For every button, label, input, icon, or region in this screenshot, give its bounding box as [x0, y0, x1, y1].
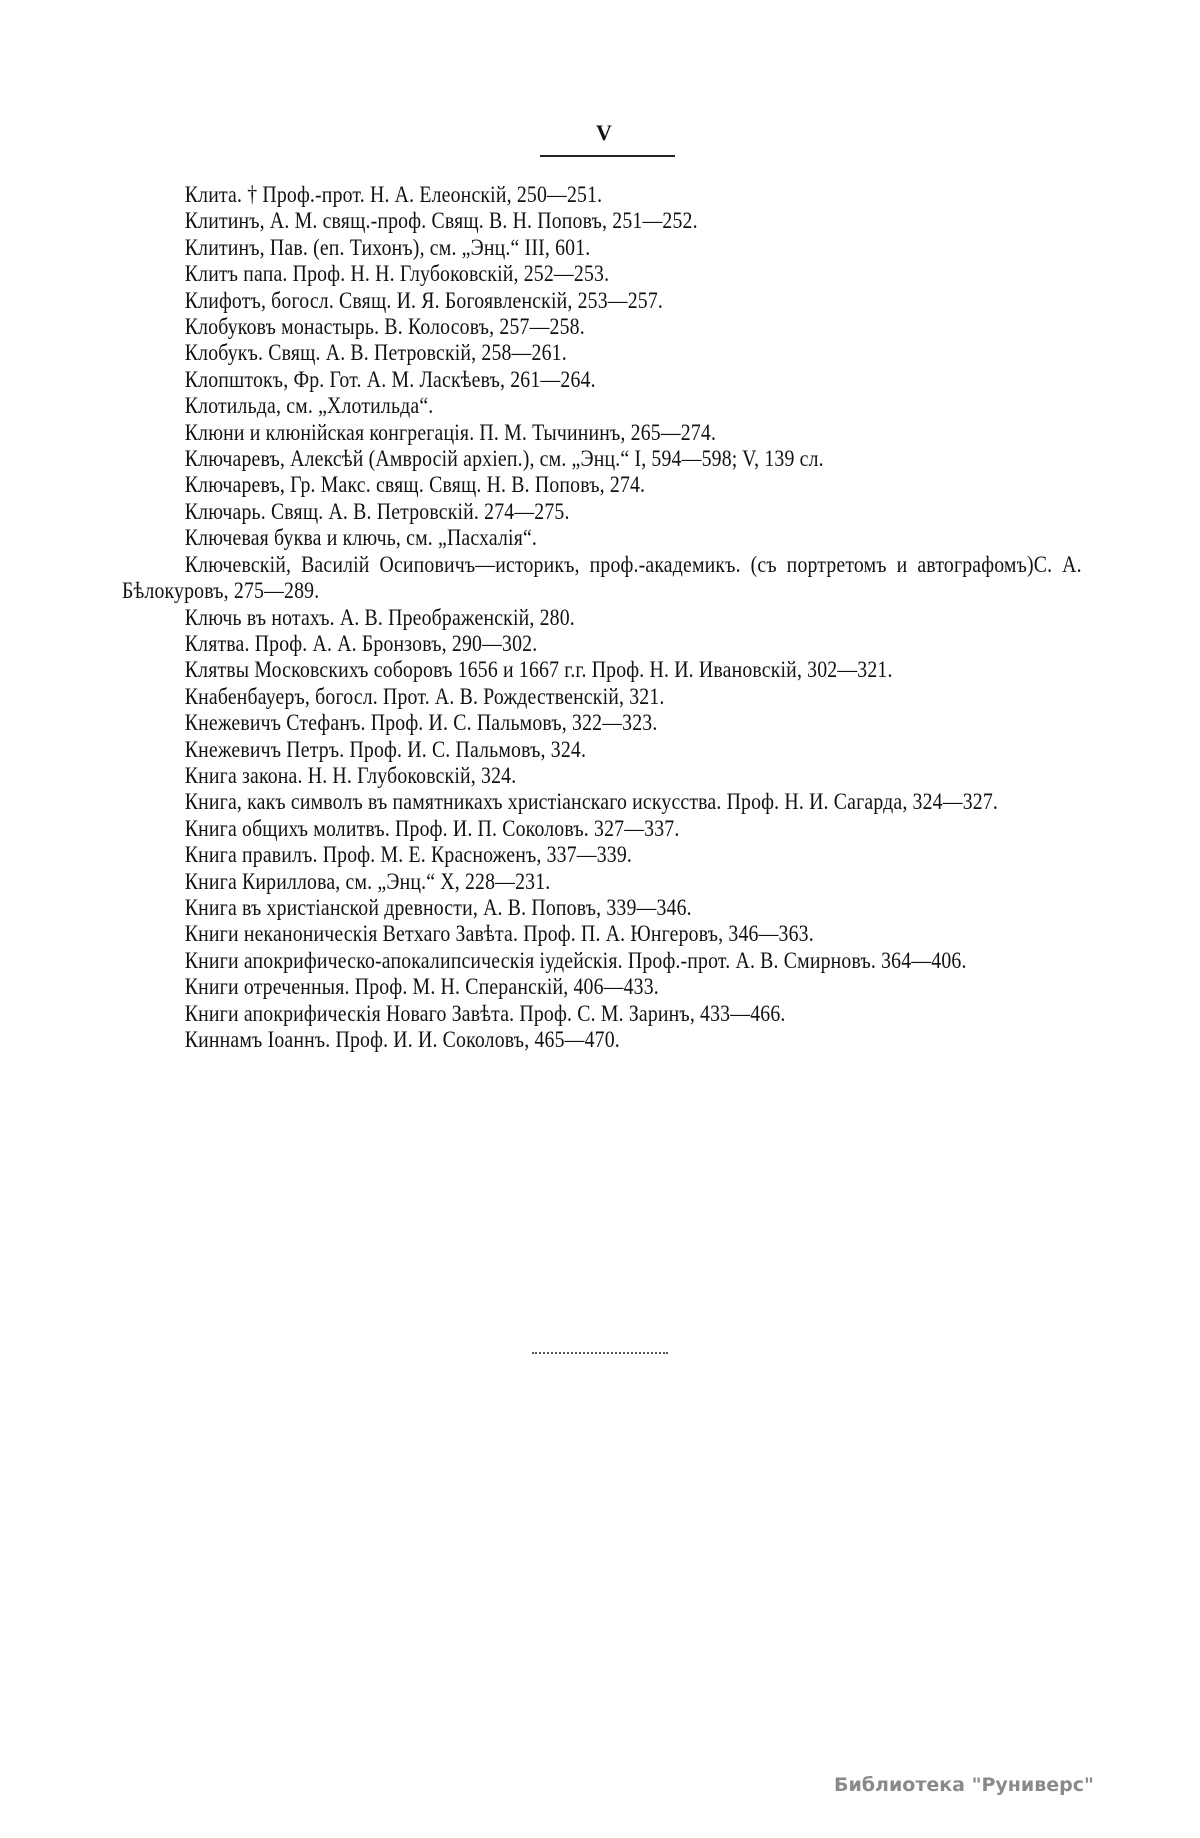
index-entry: Книга въ христіанской древности, А. В. П…	[122, 895, 1082, 921]
index-entry: Ключарь. Свящ. А. В. Петровскій. 274—275…	[122, 499, 1082, 525]
index-entry: Ключевая буква и ключь, см. „Пасхалія“.	[122, 525, 1082, 551]
index-entry: Ключаревъ, Гр. Макс. свящ. Свящ. Н. В. П…	[122, 472, 1082, 498]
index-entry: Клитинъ, А. М. свящ.-проф. Свящ. В. Н. П…	[122, 208, 1082, 234]
index-entry: Клобуковъ монастырь. В. Колосовъ, 257—25…	[122, 314, 1082, 340]
index-entry: Книга правилъ. Проф. М. Е. Красноженъ, 3…	[122, 842, 1082, 868]
index-entry: Клитинъ, Пав. (еп. Тихонъ), см. „Энц.“ I…	[122, 235, 1082, 261]
index-entry: Кнабенбауеръ, богосл. Прот. А. В. Рождес…	[122, 684, 1082, 710]
index-entry: Ключь въ нотахъ. А. В. Преображенскій, 2…	[122, 605, 1082, 631]
page-number: V	[596, 120, 612, 146]
index-entry: Клятвы Московскихъ соборовъ 1656 и 1667 …	[122, 657, 1082, 683]
index-entry: Книга Кириллова, см. „Энц.“ X, 228—231.	[122, 869, 1082, 895]
index-entry: Клятва. Проф. А. А. Бронзовъ, 290—302.	[122, 631, 1082, 657]
footer-dotted-rule	[532, 1352, 668, 1357]
index-entry: Книги апокрифическія Новаго Завѣта. Проф…	[122, 1001, 1082, 1027]
index-entry: Книга, какъ символъ въ памятникахъ христ…	[122, 789, 1082, 815]
index-entry: Ключаревъ, Алексѣй (Амвросій архіеп.), с…	[122, 446, 1082, 472]
index-entry: Кнежевичъ Стефанъ. Проф. И. С. Пальмовъ,…	[122, 710, 1082, 736]
header-rule	[540, 155, 675, 157]
index-entry: Книги апокрифическо-апокалипсическія іуд…	[122, 948, 1082, 974]
index-entry: Ключевскій, Василій Осиповичъ—историкъ, …	[122, 552, 1082, 605]
index-entry: Клюни и клюнійская конгрегація. П. М. Ты…	[122, 420, 1082, 446]
index-entry: Клобукъ. Свящ. А. В. Петровскій, 258—261…	[122, 340, 1082, 366]
index-entry: Кнежевичъ Петръ. Проф. И. С. Пальмовъ, 3…	[122, 737, 1082, 763]
index-entry: Клотильда, см. „Хлотильда“.	[122, 393, 1082, 419]
index-entry: Книги отреченныя. Проф. М. Н. Сперанскій…	[122, 974, 1082, 1000]
library-watermark: Библиотека "Руниверс"	[834, 1774, 1094, 1796]
index-entry: Клита. † Проф.-прот. Н. А. Елеонскій, 25…	[122, 182, 1082, 208]
index-entries: Клита. † Проф.-прот. Н. А. Елеонскій, 25…	[122, 182, 1082, 1053]
index-entry: Книги неканоническія Ветхаго Завѣта. Про…	[122, 921, 1082, 947]
index-entry: Клифотъ, богосл. Свящ. И. Я. Богоявленск…	[122, 288, 1082, 314]
index-entry: Книга общихъ молитвъ. Проф. И. П. Соколо…	[122, 816, 1082, 842]
index-entry: Клитъ папа. Проф. Н. Н. Глубоковскій, 25…	[122, 261, 1082, 287]
index-entry: Клопштокъ, Фр. Гот. А. М. Ласкѣевъ, 261—…	[122, 367, 1082, 393]
index-entry: Книга закона. Н. Н. Глубоковскій, 324.	[122, 763, 1082, 789]
index-entry: Киннамъ Іоаннъ. Проф. И. И. Соколовъ, 46…	[122, 1027, 1082, 1053]
